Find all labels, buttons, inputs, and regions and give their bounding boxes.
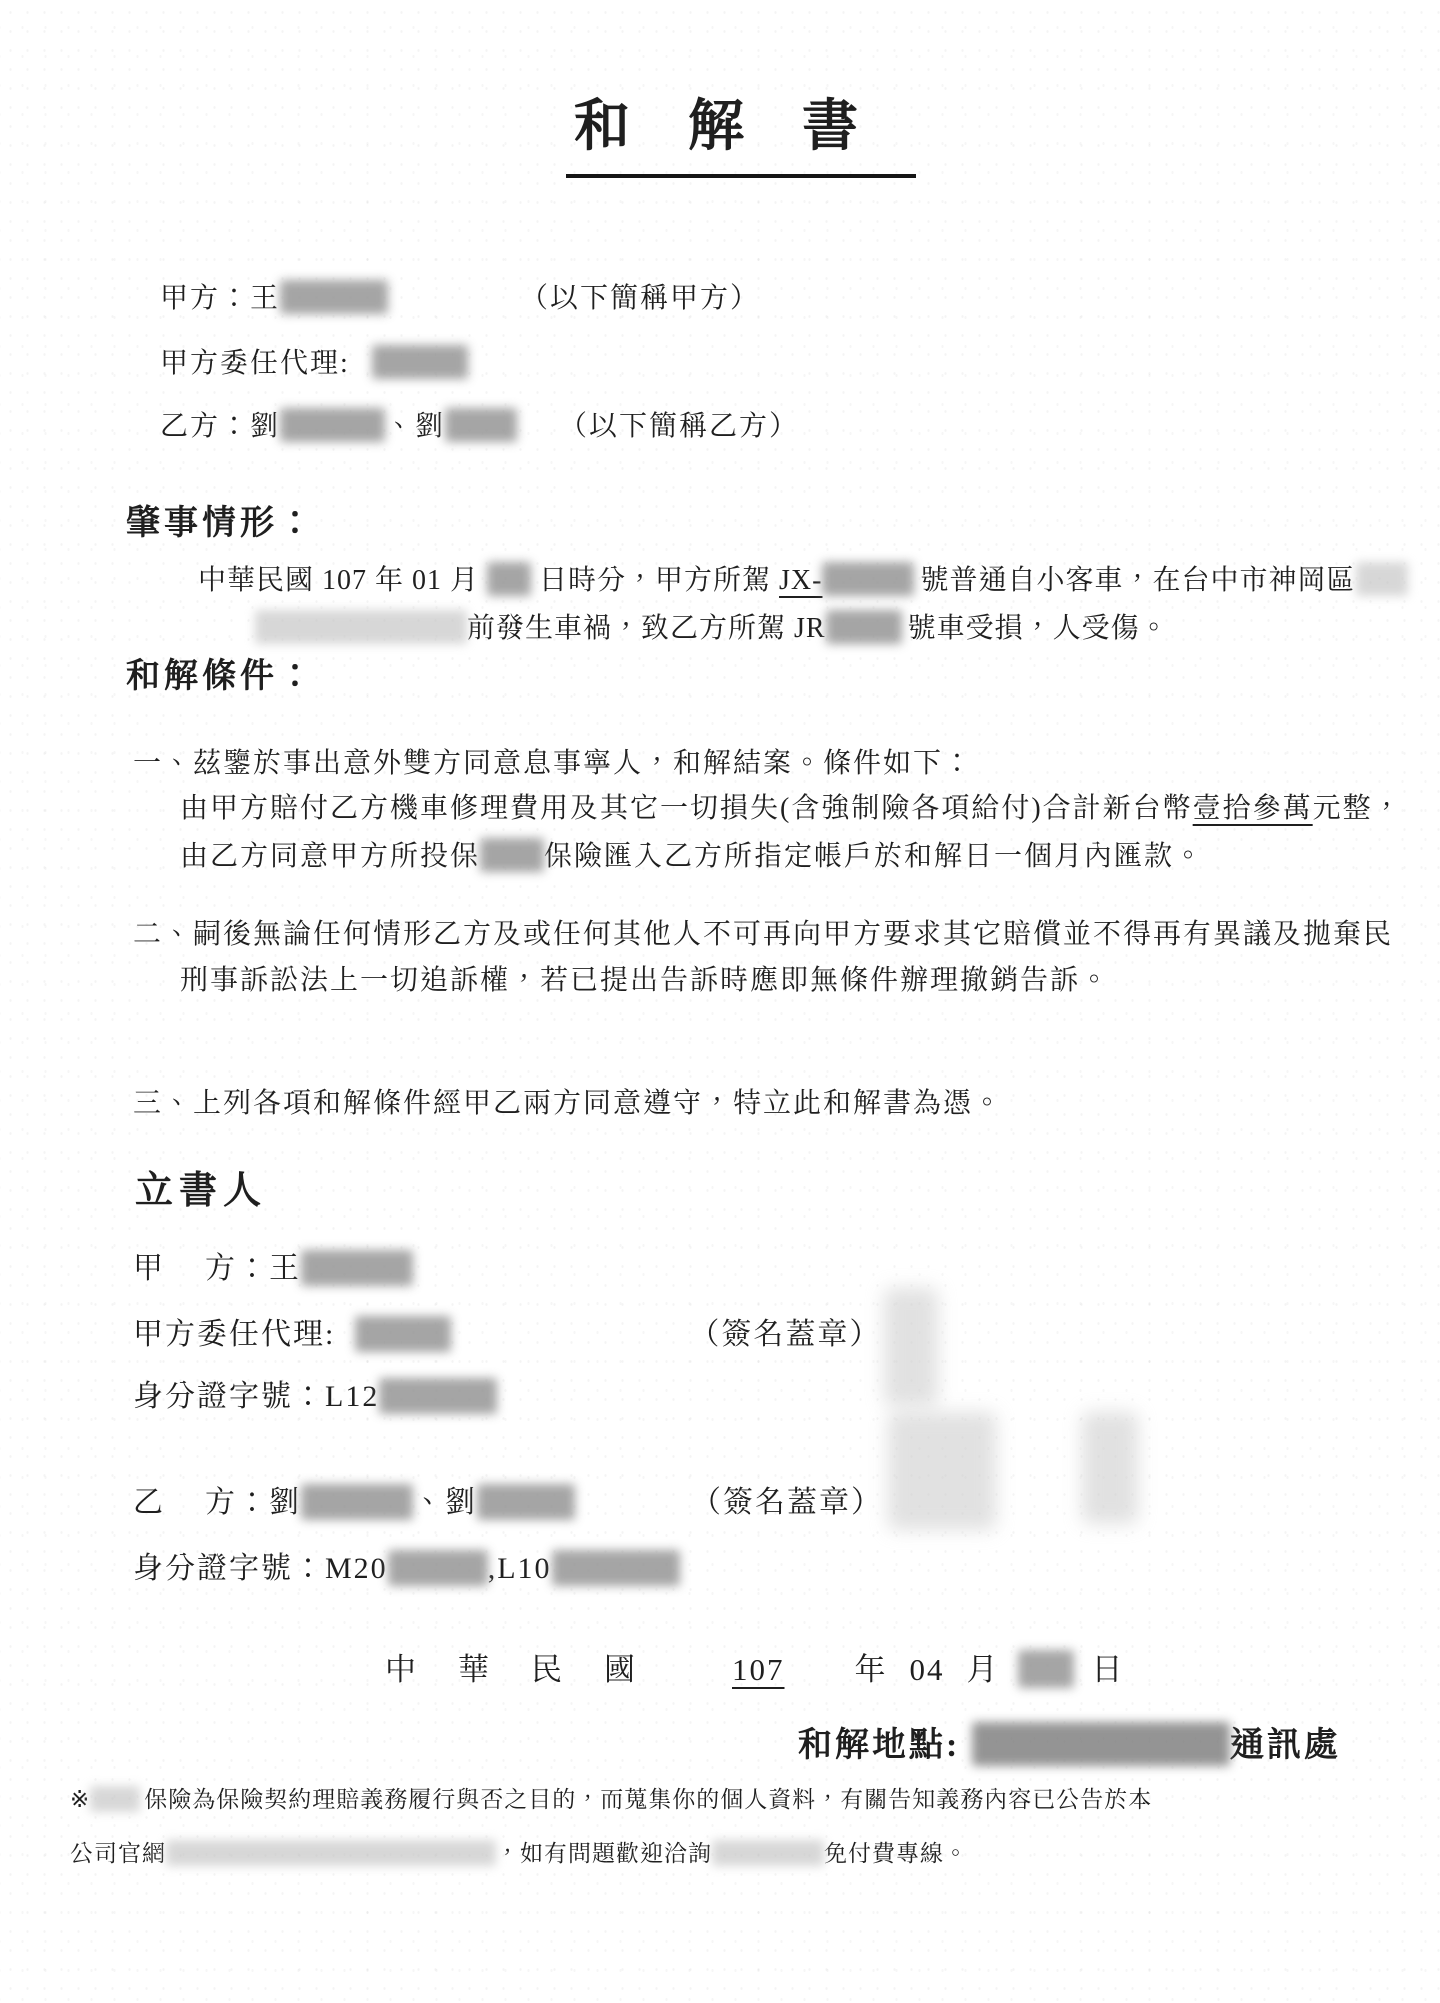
redacted-text	[372, 345, 468, 379]
seal-smudge	[884, 1288, 938, 1406]
text-segment: 04	[910, 1652, 945, 1687]
redacted-text	[487, 562, 531, 596]
term-1-line-1: 一、茲鑒於事出意外雙方同意息事寧人，和解結案。條件如下：	[133, 746, 973, 781]
redacted-text	[379, 1378, 497, 1414]
text-segment: 由甲方賠付乙方機車修理費用及其它一切損失(含強制險各項給付)合計新台幣	[180, 793, 1193, 824]
text-segment: （以下簡稱乙方）	[559, 411, 799, 442]
sig-party-b-line: 乙方：劉、劉（簽名蓋章）	[133, 1484, 883, 1522]
sig-party-a-line: 甲方：王	[133, 1250, 413, 1288]
sig-party-a-id-line: 身分證字號：L12	[133, 1378, 497, 1416]
redacted-text	[301, 1484, 413, 1520]
redacted-text	[90, 1786, 140, 1812]
redacted-text	[301, 1250, 413, 1286]
redacted-text	[1018, 1650, 1074, 1688]
redacted-text	[280, 280, 388, 314]
text-segment: （以下簡稱甲方）	[520, 283, 760, 314]
text-segment: 元整，	[1313, 793, 1403, 824]
text-segment: 身分證字號：M20	[133, 1552, 388, 1585]
redacted-text	[1356, 562, 1408, 596]
redacted-text	[445, 408, 517, 442]
redacted-text	[280, 408, 385, 442]
text-segment: 方：王	[205, 1252, 301, 1285]
text-segment: 民	[531, 1652, 564, 1687]
text-segment: 二、嗣後無論任何情形乙方及或任何其他人不可再向甲方要求其它賠償並不得再有異議及拋…	[133, 919, 1393, 950]
text-segment: 甲	[133, 1252, 165, 1285]
terms-section-heading: 和解條件：	[126, 656, 316, 699]
text-segment: 、劉	[413, 1486, 477, 1519]
term-2-line-2: 刑事訴訟法上一切追訴權，若已提出告訴時應即無條件辦理撤銷告訴。	[180, 963, 1110, 998]
text-segment: 、劉	[385, 411, 445, 442]
term-1-line-2: 由甲方賠付乙方機車修理費用及其它一切損失(含強制險各項給付)合計新台幣壹拾參萬元…	[180, 791, 1403, 826]
text-segment: 甲方：王	[160, 283, 280, 314]
text-segment: 中	[385, 1652, 418, 1687]
incident-line-1: 中華民國 107 年 01 月日時分，甲方所駕 JX-號普通自小客車，在台中市神…	[198, 562, 1408, 598]
redacted-text	[388, 1550, 488, 1586]
text-segment: 乙	[133, 1486, 165, 1519]
redacted-text	[355, 1316, 451, 1352]
text-segment: 日	[1092, 1652, 1125, 1687]
text-segment: 華	[458, 1652, 491, 1687]
text-segment: 號普通自小客車，在台中市神岡區	[920, 565, 1355, 596]
sig-party-a-agent-line: 甲方委任代理:（簽名蓋章）	[133, 1316, 881, 1354]
text-segment: 107	[732, 1652, 785, 1687]
settlement-location-line: 和解地點: 通訊處	[798, 1722, 1341, 1768]
text-segment: 中華民國 107 年 01 月	[198, 565, 479, 596]
redacted-text	[255, 610, 467, 644]
text-segment: 甲方委任代理:	[133, 1318, 335, 1351]
document-title: 和解書	[566, 92, 916, 178]
seal-smudge	[888, 1412, 996, 1530]
text-segment: ,L10	[488, 1552, 552, 1585]
text-segment: 和解地點:	[798, 1727, 972, 1764]
party-a-line: 甲方：王（以下簡稱甲方）	[160, 280, 760, 316]
text-segment: 號車受損，人受傷。	[908, 613, 1169, 644]
term-3-line: 三、上列各項和解條件經甲乙兩方同意遵守，特立此和解書為憑。	[133, 1086, 1003, 1121]
incident-section-heading: 肇事情形：	[126, 503, 316, 546]
text-segment: ，如有問題歡迎洽詢	[496, 1841, 712, 1866]
term-2-line-1: 二、嗣後無論任何情形乙方及或任何其他人不可再向甲方要求其它賠償並不得再有異議及拋…	[133, 917, 1393, 952]
redacted-text	[166, 1840, 496, 1866]
redacted-text	[552, 1550, 680, 1586]
footnote-line-2: 公司官網，如有問題歡迎洽詢免付費專線。	[70, 1840, 968, 1869]
signatories-heading: 立書人	[135, 1168, 267, 1216]
sig-party-b-id-line: 身分證字號：M20,L10	[133, 1550, 680, 1588]
party-a-agent-line: 甲方委任代理:	[160, 345, 468, 381]
redacted-text	[826, 610, 902, 644]
settlement-document-page: 和解書 甲方：王（以下簡稱甲方） 甲方委任代理: 乙方：劉、劉（以下簡稱乙方） …	[0, 0, 1440, 2003]
text-segment: 免付費專線。	[824, 1841, 968, 1866]
text-segment: 壹拾參萬	[1193, 793, 1313, 824]
seal-smudge	[1082, 1412, 1138, 1524]
redacted-text	[822, 562, 914, 596]
footnote-line-1: ※保險為保險契約理賠義務履行與否之目的，而蒐集你的個人資料，有關告知義務內容已公…	[70, 1786, 1152, 1815]
text-segment: 年	[855, 1652, 888, 1687]
text-segment: 日時分，甲方所駕	[539, 565, 779, 596]
text-segment: 乙方：劉	[160, 411, 280, 442]
text-segment: 方：劉	[205, 1486, 301, 1519]
text-segment: 由乙方同意甲方所投保	[180, 841, 480, 872]
text-segment: 身分證字號：L12	[133, 1380, 379, 1413]
text-segment: 公司官網	[70, 1841, 166, 1866]
text-segment: 前發生車禍，致乙方所駕 JR	[467, 613, 826, 644]
redacted-text	[972, 1722, 1230, 1766]
text-segment: JX-	[779, 565, 822, 596]
text-segment: （簽名蓋章）	[689, 1318, 881, 1351]
text-segment: 刑事訴訟法上一切追訴權，若已提出告訴時應即無條件辦理撤銷告訴。	[180, 965, 1110, 996]
text-segment: 保險匯入乙方所指定帳戶於和解日一個月內匯款。	[544, 841, 1204, 872]
text-segment: 三、上列各項和解條件經甲乙兩方同意遵守，特立此和解書為憑。	[133, 1088, 1003, 1119]
incident-line-2: 前發生車禍，致乙方所駕 JR號車受損，人受傷。	[255, 610, 1169, 646]
date-line: 中華民國107年04月日	[385, 1650, 1125, 1690]
redacted-text	[712, 1840, 824, 1866]
text-segment: 甲方委任代理:	[160, 348, 350, 379]
redacted-text	[477, 1484, 575, 1520]
text-segment: （簽名蓋章）	[691, 1486, 883, 1519]
text-segment: 通訊處	[1230, 1727, 1341, 1764]
redacted-text	[480, 838, 544, 872]
text-segment: 國	[604, 1652, 637, 1687]
party-b-line: 乙方：劉、劉（以下簡稱乙方）	[160, 408, 799, 444]
text-segment: 保險為保險契約理賠義務履行與否之目的，而蒐集你的個人資料，有關告知義務內容已公告…	[144, 1787, 1152, 1812]
text-segment: ※	[70, 1787, 90, 1812]
text-segment: 月	[967, 1652, 1000, 1687]
text-segment: 一、茲鑒於事出意外雙方同意息事寧人，和解結案。條件如下：	[133, 748, 973, 779]
term-1-line-3: 由乙方同意甲方所投保保險匯入乙方所指定帳戶於和解日一個月內匯款。	[180, 838, 1204, 874]
